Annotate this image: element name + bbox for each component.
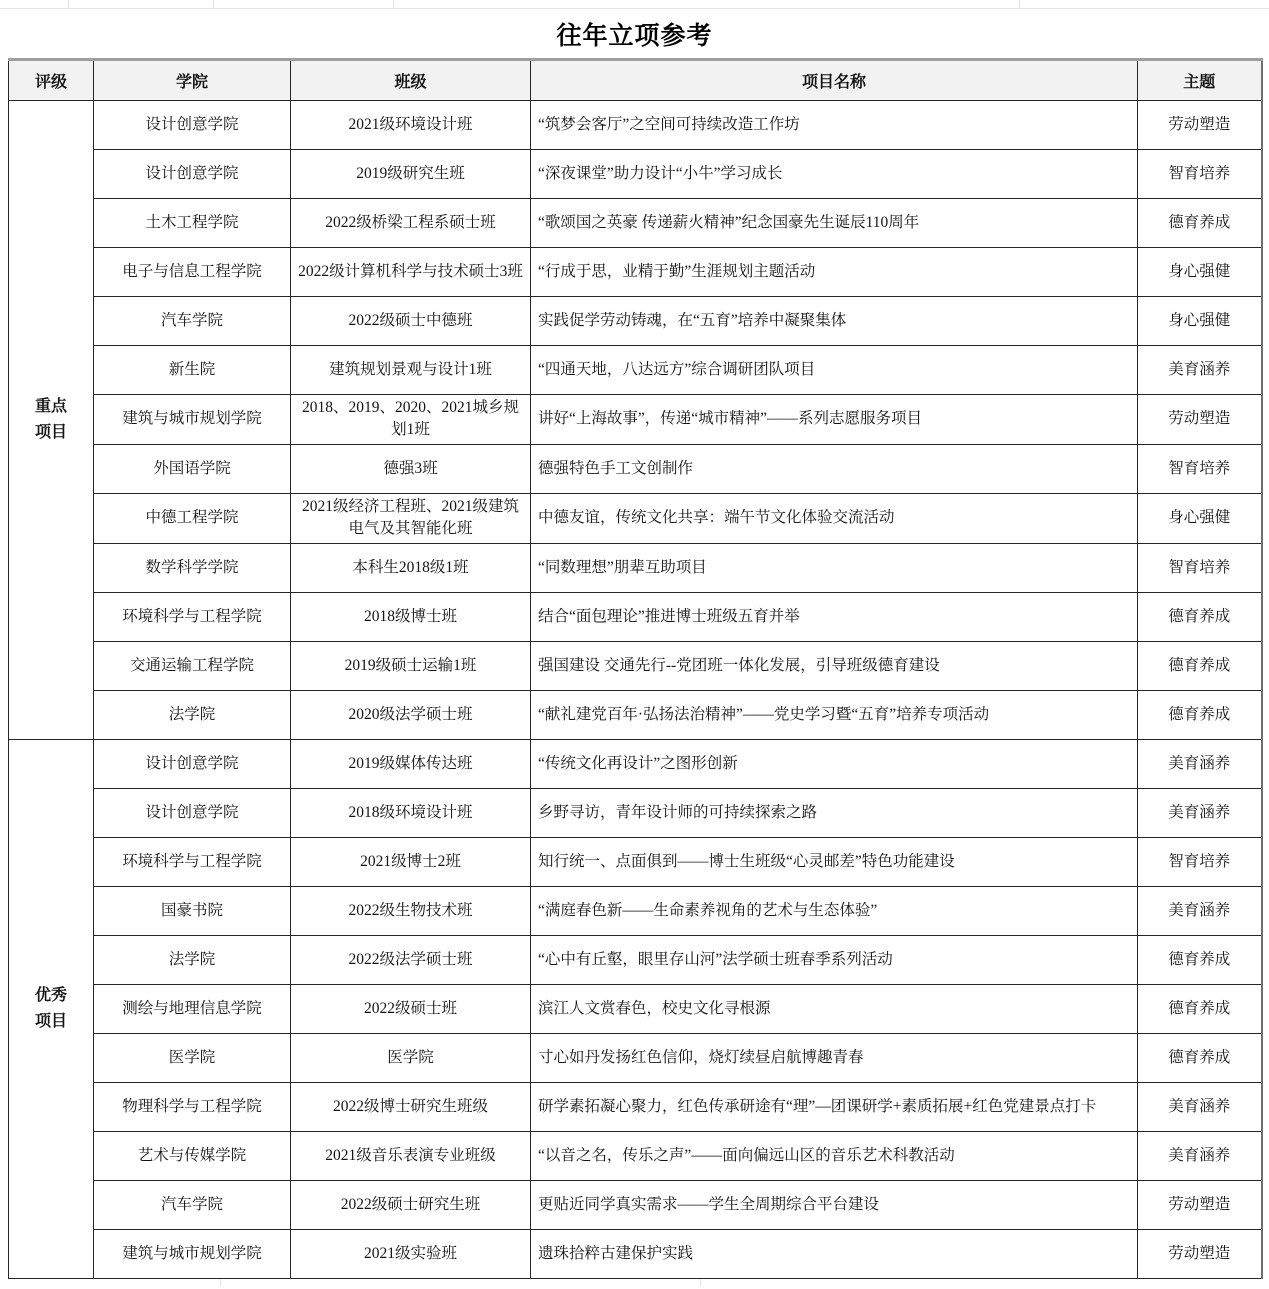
college-cell: 设计创意学院: [94, 739, 291, 788]
college-cell: 建筑与城市规划学院: [94, 1229, 291, 1278]
project-cell: 结合“面包理论”推进博士班级五育并举: [531, 592, 1138, 641]
table-row: 物理科学与工程学院 2022级博士研究生班级 研学素拓凝心聚力，红色传承研途有“…: [9, 1082, 1262, 1131]
theme-cell: 美育涵养: [1138, 739, 1262, 788]
table-row: 外国语学院 德强3班 德强特色手工文创制作 智育培养: [9, 444, 1262, 493]
project-cell: “歌颂国之英豪 传递薪火精神”纪念国豪先生诞辰110周年: [531, 199, 1138, 248]
table-row: 优秀 项目 设计创意学院 2019级媒体传达班 “传统文化再设计”之图形创新 美…: [9, 739, 1262, 788]
spreadsheet-gridline-strip-bottom: [0, 1279, 1269, 1286]
table-row: 交通运输工程学院 2019级硕士运输1班 强国建设 交通先行--党团班一体化发展…: [9, 641, 1262, 690]
gridline: [68, 0, 69, 8]
college-cell: 汽车学院: [94, 1180, 291, 1229]
class-cell: 2021级博士2班: [291, 837, 531, 886]
table-row: 设计创意学院 2018级环境设计班 乡野寻访，青年设计师的可持续探索之路 美育涵…: [9, 788, 1262, 837]
col-header-project: 项目名称: [531, 60, 1138, 101]
rating-group-label: 优秀 项目: [9, 739, 94, 1278]
class-cell: 2022级博士研究生班级: [291, 1082, 531, 1131]
table-row: 新生院 建筑规划景观与设计1班 “四通天地，八达远方”综合调研团队项目 美育涵养: [9, 346, 1262, 395]
theme-cell: 劳动塑造: [1138, 1180, 1262, 1229]
table-row: 汽车学院 2022级硕士研究生班 更贴近同学真实需求——学生全周期综合平台建设 …: [9, 1180, 1262, 1229]
table-row: 中德工程学院 2021级经济工程班、2021级建筑电气及其智能化班 中德友谊，传…: [9, 493, 1262, 543]
project-cell: 强国建设 交通先行--党团班一体化发展，引导班级德育建设: [531, 641, 1138, 690]
theme-cell: 德育养成: [1138, 984, 1262, 1033]
class-cell: 2020级法学硕士班: [291, 690, 531, 739]
class-cell: 2019级硕士运输1班: [291, 641, 531, 690]
class-cell: 2021级音乐表演专业班级: [291, 1131, 531, 1180]
college-cell: 艺术与传媒学院: [94, 1131, 291, 1180]
class-cell: 2022级硕士研究生班: [291, 1180, 531, 1229]
gridline: [213, 0, 214, 8]
theme-cell: 身心强健: [1138, 297, 1262, 346]
class-cell: 2022级硕士中德班: [291, 297, 531, 346]
projects-reference-table: 评级 学院 班级 项目名称 主题 重点 项目 设计创意学院 2021级环境设计班…: [8, 58, 1263, 1279]
theme-cell: 美育涵养: [1138, 886, 1262, 935]
table-row: 建筑与城市规划学院 2021级实验班 遗珠拾粹古建保护实践 劳动塑造: [9, 1229, 1262, 1278]
college-cell: 电子与信息工程学院: [94, 248, 291, 297]
college-cell: 物理科学与工程学院: [94, 1082, 291, 1131]
project-cell: 更贴近同学真实需求——学生全周期综合平台建设: [531, 1180, 1138, 1229]
project-cell: “献礼建党百年·弘扬法治精神”——党史学习暨“五育”培养专项活动: [531, 690, 1138, 739]
class-cell: 2018级环境设计班: [291, 788, 531, 837]
theme-cell: 德育养成: [1138, 690, 1262, 739]
college-cell: 法学院: [94, 935, 291, 984]
college-cell: 交通运输工程学院: [94, 641, 291, 690]
table-row: 法学院 2020级法学硕士班 “献礼建党百年·弘扬法治精神”——党史学习暨“五育…: [9, 690, 1262, 739]
project-cell: 中德友谊，传统文化共享：端午节文化体验交流活动: [531, 493, 1138, 543]
col-header-class: 班级: [291, 60, 531, 101]
col-header-college: 学院: [94, 60, 291, 101]
college-cell: 汽车学院: [94, 297, 291, 346]
project-cell: “筑梦会客厅”之空间可持续改造工作坊: [531, 101, 1138, 150]
table-row: 艺术与传媒学院 2021级音乐表演专业班级 “以音之名，传乐之声”——面向偏远山…: [9, 1131, 1262, 1180]
project-cell: 知行统一、点面俱到——博士生班级“心灵邮差”特色功能建设: [531, 837, 1138, 886]
college-cell: 新生院: [94, 346, 291, 395]
project-cell: “深夜课堂”助力设计“小牛”学习成长: [531, 150, 1138, 199]
class-cell: 建筑规划景观与设计1班: [291, 346, 531, 395]
class-cell: 2021级环境设计班: [291, 101, 531, 150]
gridline: [700, 1279, 701, 1286]
theme-cell: 美育涵养: [1138, 1131, 1262, 1180]
theme-cell: 劳动塑造: [1138, 101, 1262, 150]
page-title: 往年立项参考: [0, 9, 1269, 58]
theme-cell: 智育培养: [1138, 837, 1262, 886]
theme-cell: 德育养成: [1138, 1033, 1262, 1082]
class-cell: 2018级博士班: [291, 592, 531, 641]
college-cell: 环境科学与工程学院: [94, 837, 291, 886]
spreadsheet-gridline-strip-top: [0, 0, 1269, 9]
college-cell: 国豪书院: [94, 886, 291, 935]
table-row: 土木工程学院 2022级桥梁工程系硕士班 “歌颂国之英豪 传递薪火精神”纪念国豪…: [9, 199, 1262, 248]
class-cell: 2022级生物技术班: [291, 886, 531, 935]
rating-group-label: 重点 项目: [9, 101, 94, 740]
project-cell: 德强特色手工文创制作: [531, 444, 1138, 493]
theme-cell: 身心强健: [1138, 248, 1262, 297]
table-row: 测绘与地理信息学院 2022级硕士班 滨江人文赏春色，校史文化寻根源 德育养成: [9, 984, 1262, 1033]
project-cell: 寸心如丹发扬红色信仰，烧灯续昼启航博趣青春: [531, 1033, 1138, 1082]
table-row: 设计创意学院 2019级研究生班 “深夜课堂”助力设计“小牛”学习成长 智育培养: [9, 150, 1262, 199]
project-cell: “行成于思，业精于勤”生涯规划主题活动: [531, 248, 1138, 297]
college-cell: 设计创意学院: [94, 101, 291, 150]
class-cell: 2019级研究生班: [291, 150, 531, 199]
header-row: 评级 学院 班级 项目名称 主题: [9, 60, 1262, 101]
college-cell: 外国语学院: [94, 444, 291, 493]
table-row: 重点 项目 设计创意学院 2021级环境设计班 “筑梦会客厅”之空间可持续改造工…: [9, 101, 1262, 150]
table-row: 环境科学与工程学院 2018级博士班 结合“面包理论”推进博士班级五育并举 德育…: [9, 592, 1262, 641]
college-cell: 设计创意学院: [94, 150, 291, 199]
college-cell: 法学院: [94, 690, 291, 739]
table-row: 电子与信息工程学院 2022级计算机科学与技术硕士3班 “行成于思，业精于勤”生…: [9, 248, 1262, 297]
project-cell: “心中有丘壑，眼里存山河”法学硕士班春季系列活动: [531, 935, 1138, 984]
theme-cell: 德育养成: [1138, 592, 1262, 641]
project-cell: 滨江人文赏春色，校史文化寻根源: [531, 984, 1138, 1033]
theme-cell: 美育涵养: [1138, 346, 1262, 395]
project-cell: “四通天地，八达远方”综合调研团队项目: [531, 346, 1138, 395]
gridline: [1019, 0, 1020, 8]
table-row: 医学院 医学院 寸心如丹发扬红色信仰，烧灯续昼启航博趣青春 德育养成: [9, 1033, 1262, 1082]
class-cell: 2022级法学硕士班: [291, 935, 531, 984]
theme-cell: 德育养成: [1138, 935, 1262, 984]
table-row: 法学院 2022级法学硕士班 “心中有丘壑，眼里存山河”法学硕士班春季系列活动 …: [9, 935, 1262, 984]
class-cell: 2019级媒体传达班: [291, 739, 531, 788]
college-cell: 数学科学学院: [94, 543, 291, 592]
theme-cell: 美育涵养: [1138, 1082, 1262, 1131]
theme-cell: 智育培养: [1138, 150, 1262, 199]
table-row: 汽车学院 2022级硕士中德班 实践促学劳动铸魂，在“五育”培养中凝聚集体 身心…: [9, 297, 1262, 346]
col-header-theme: 主题: [1138, 60, 1262, 101]
class-cell: 2021级经济工程班、2021级建筑电气及其智能化班: [291, 493, 531, 543]
theme-cell: 劳动塑造: [1138, 1229, 1262, 1278]
college-cell: 测绘与地理信息学院: [94, 984, 291, 1033]
table-row: 建筑与城市规划学院 2018、2019、2020、2021城乡规划1班 讲好“上…: [9, 395, 1262, 445]
project-cell: 实践促学劳动铸魂，在“五育”培养中凝聚集体: [531, 297, 1138, 346]
theme-cell: 德育养成: [1138, 641, 1262, 690]
theme-cell: 智育培养: [1138, 543, 1262, 592]
table-row: 数学科学学院 本科生2018级1班 “同数理想”朋辈互助项目 智育培养: [9, 543, 1262, 592]
class-cell: 医学院: [291, 1033, 531, 1082]
college-cell: 医学院: [94, 1033, 291, 1082]
theme-cell: 智育培养: [1138, 444, 1262, 493]
gridline: [393, 0, 394, 8]
theme-cell: 美育涵养: [1138, 788, 1262, 837]
college-cell: 环境科学与工程学院: [94, 592, 291, 641]
college-cell: 土木工程学院: [94, 199, 291, 248]
col-header-rating: 评级: [9, 60, 94, 101]
table-row: 国豪书院 2022级生物技术班 “满庭春色新——生命素养视角的艺术与生态体验” …: [9, 886, 1262, 935]
project-cell: 研学素拓凝心聚力，红色传承研途有“理”—团课研学+素质拓展+红色党建景点打卡: [531, 1082, 1138, 1131]
class-cell: 本科生2018级1班: [291, 543, 531, 592]
project-cell: 讲好“上海故事”，传递“城市精神”——系列志愿服务项目: [531, 395, 1138, 445]
class-cell: 2022级硕士班: [291, 984, 531, 1033]
project-cell: “传统文化再设计”之图形创新: [531, 739, 1138, 788]
project-cell: “满庭春色新——生命素养视角的艺术与生态体验”: [531, 886, 1138, 935]
class-cell: 2021级实验班: [291, 1229, 531, 1278]
theme-cell: 身心强健: [1138, 493, 1262, 543]
class-cell: 2018、2019、2020、2021城乡规划1班: [291, 395, 531, 445]
theme-cell: 德育养成: [1138, 199, 1262, 248]
class-cell: 2022级计算机科学与技术硕士3班: [291, 248, 531, 297]
college-cell: 设计创意学院: [94, 788, 291, 837]
project-cell: 乡野寻访，青年设计师的可持续探索之路: [531, 788, 1138, 837]
gridline: [220, 1279, 221, 1286]
project-cell: 遗珠拾粹古建保护实践: [531, 1229, 1138, 1278]
table-row: 环境科学与工程学院 2021级博士2班 知行统一、点面俱到——博士生班级“心灵邮…: [9, 837, 1262, 886]
project-cell: “同数理想”朋辈互助项目: [531, 543, 1138, 592]
project-cell: “以音之名，传乐之声”——面向偏远山区的音乐艺术科教活动: [531, 1131, 1138, 1180]
class-cell: 德强3班: [291, 444, 531, 493]
theme-cell: 劳动塑造: [1138, 395, 1262, 445]
college-cell: 建筑与城市规划学院: [94, 395, 291, 445]
college-cell: 中德工程学院: [94, 493, 291, 543]
class-cell: 2022级桥梁工程系硕士班: [291, 199, 531, 248]
